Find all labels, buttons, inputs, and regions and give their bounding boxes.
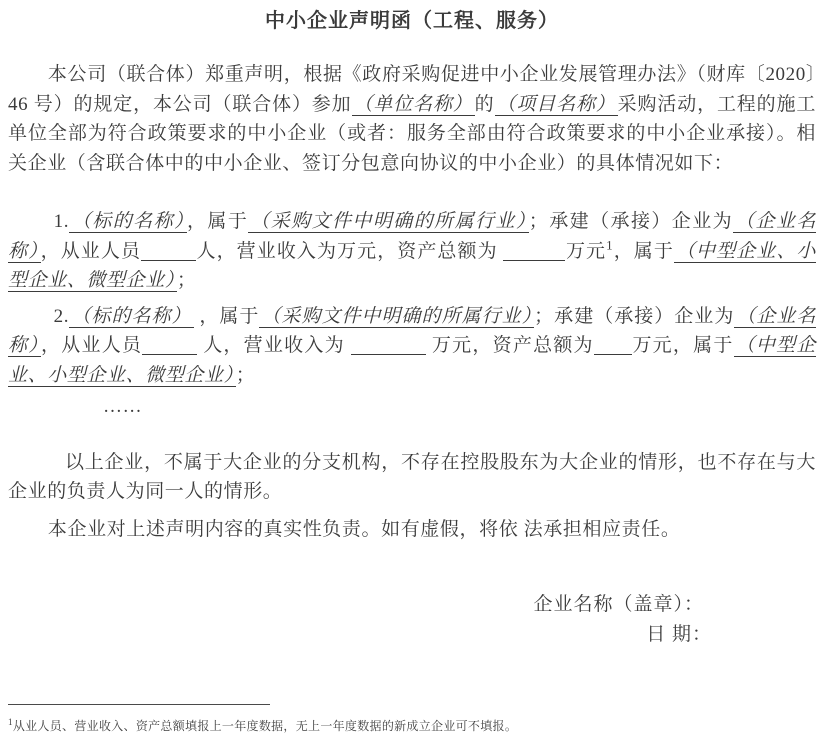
placeholder-text: （标的名称）: [69, 306, 194, 328]
run-text: 2.: [54, 306, 69, 327]
placeholder-text: （采购文件中明确的所属行业）: [259, 306, 534, 328]
run-text: 人，营业收入为万元，资产总额为: [196, 241, 503, 262]
item-2-paragraph: 2.（标的名称） ，属于（采购文件中明确的所属行业）；承建（承接）企业为（企业名…: [8, 302, 816, 391]
run-text: 万元: [565, 241, 606, 262]
run-text: ，从业人员: [41, 241, 141, 262]
placeholder-text: （标的名称）: [69, 211, 187, 233]
run-text: ；承建（承接）企业为: [529, 211, 733, 232]
run-text: ，属于: [613, 241, 674, 262]
company-seal-label: 企业名称（盖章）：: [8, 590, 816, 620]
document-page: 中小企业声明函（工程、服务） 本公司（联合体）郑重声明，根据《政府采购促进中小企…: [0, 0, 824, 749]
blank-field: [594, 349, 632, 355]
run-text: ，属于: [187, 211, 248, 232]
footnote-area: 1从业人员、营业收入、资产总额填报上一年度数据，无上一年度数据的新成立企业可不填…: [8, 704, 816, 734]
run-text: 的: [475, 94, 495, 115]
responsibility-paragraph: 本企业对上述声明内容的真实性负责。如有虚假，将依 法承担相应责任。: [8, 515, 816, 545]
ellipsis-line: ……: [8, 392, 816, 422]
document-title: 中小企业声明函（工程、服务）: [8, 6, 816, 36]
enterprise-items: 1.（标的名称），属于（采购文件中明确的所属行业）；承建（承接）企业为（企业名称…: [8, 207, 816, 390]
no-large-enterprise-paragraph: 以上企业，不属于大企业的分支机构，不存在控股股东为大企业的情形，也不存在与大企业…: [8, 448, 816, 507]
run-text: ；: [177, 270, 197, 291]
blank-field: [351, 349, 426, 355]
run-text: ；: [236, 365, 256, 386]
placeholder-text: （采购文件中明确的所属行业）: [248, 211, 529, 233]
run-text: 万元，资产总额为: [426, 335, 594, 356]
placeholder-text: （单位名称）: [352, 94, 475, 116]
signature-block: 企业名称（盖章）： 日 期：: [8, 590, 816, 650]
blank-field: [503, 255, 565, 261]
run-text: ；承建（承接）企业为: [534, 306, 734, 327]
placeholder-text: （项目名称）: [495, 94, 618, 116]
date-label: 日 期：: [8, 620, 816, 650]
footnote-body: 从业人员、营业收入、资产总额填报上一年度数据，无上一年度数据的新成立企业可不填报…: [13, 719, 517, 733]
run-text: 1.: [54, 211, 69, 232]
run-text: 人，营业收入为: [197, 335, 351, 356]
blank-field: [142, 349, 197, 355]
blank-field: [141, 255, 196, 261]
item-1-paragraph: 1.（标的名称），属于（采购文件中明确的所属行业）；承建（承接）企业为（企业名称…: [8, 207, 816, 296]
run-text: ，属于: [194, 306, 260, 327]
intro-paragraph: 本公司（联合体）郑重声明，根据《政府采购促进中小企业发展管理办法》（财库〔202…: [8, 60, 816, 178]
run-text: ，从业人员: [41, 335, 142, 356]
run-text: 万元，属于: [632, 335, 734, 356]
footnote-divider: [8, 704, 270, 705]
footnote: 1从业人员、营业收入、资产总额填报上一年度数据，无上一年度数据的新成立企业可不填…: [8, 714, 816, 734]
